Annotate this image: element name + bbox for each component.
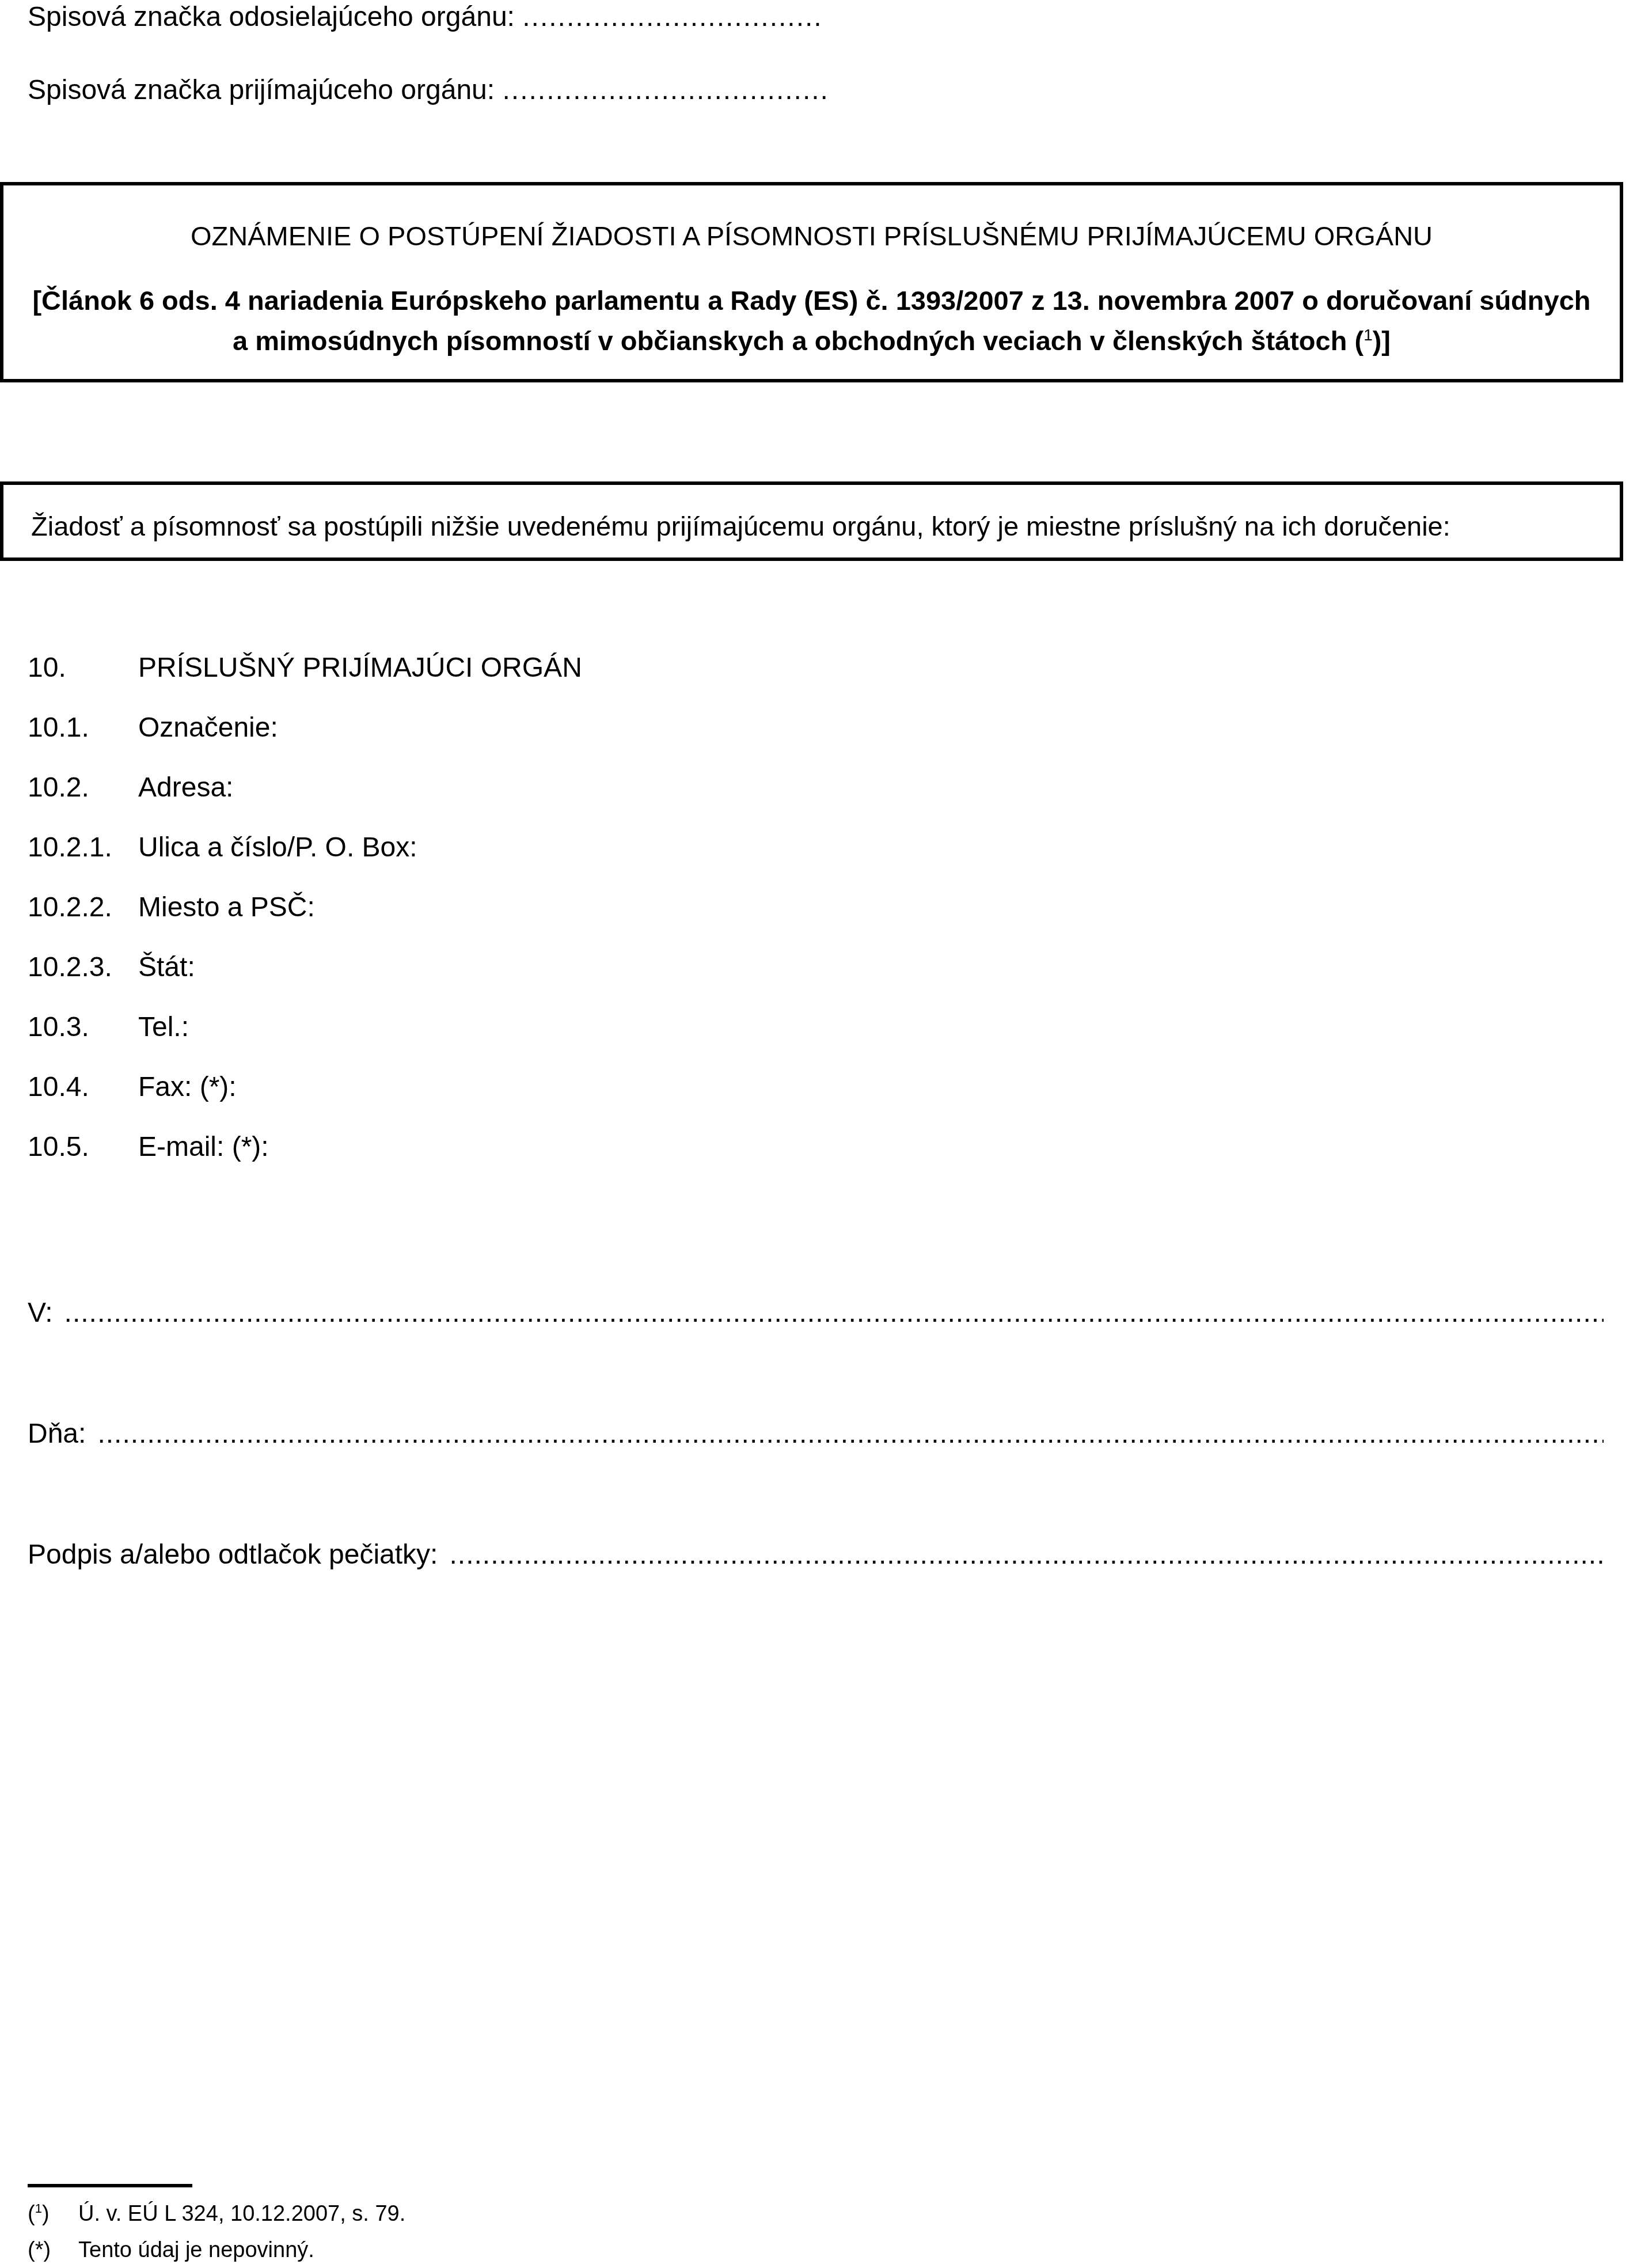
info-box: Žiadosť a písomnosť sa postúpili nižšie …	[0, 481, 1623, 561]
place-label: V:	[28, 1299, 53, 1327]
legal-basis-line-1: [Článok 6 ods. 4 nariadenia Európskeho p…	[3, 283, 1620, 318]
footnote-1-mark: (1)	[28, 2202, 78, 2225]
signature-field[interactable]: ........................................…	[449, 1541, 1604, 1569]
receiver-reference-label: Spisová značka prijímajúceho orgánu:	[28, 75, 495, 105]
footnote-optional-text: Tento údaj je nepovinný.	[78, 2238, 314, 2262]
field-email: 10.5.E-mail: (*):	[28, 1133, 269, 1161]
sender-reference-line: Spisová značka odosielajúceho orgánu: ..…	[28, 3, 823, 31]
field-street: 10.2.1.Ulica a číslo/P. O. Box:	[28, 834, 417, 862]
date-field[interactable]: ........................................…	[97, 1420, 1604, 1448]
receiver-reference-field[interactable]: .....................................	[502, 75, 829, 105]
section-heading: 10.PRÍSLUŠNÝ PRIJÍMAJÚCI ORGÁN	[28, 654, 582, 682]
footnote-reference[interactable]: 1	[1363, 326, 1373, 344]
footnote-1-text: Ú. v. EÚ L 324, 10.12.2007, s. 79.	[78, 2202, 405, 2226]
field-phone: 10.3.Tel.:	[28, 1014, 189, 1041]
field-designation: 10.1.Označenie:	[28, 714, 278, 742]
sender-reference-label: Spisová značka odosielajúceho orgánu:	[28, 2, 515, 32]
legal-basis-line-2: a mimosúdnych písomností v občianskych a…	[3, 318, 1620, 358]
place-field[interactable]: ........................................…	[64, 1299, 1604, 1327]
receiver-reference-line: Spisová značka prijímajúceho orgánu: ...…	[28, 77, 829, 104]
footnote-divider	[28, 2184, 192, 2187]
signature-label: Podpis a/alebo odtlačok pečiatky:	[28, 1541, 438, 1569]
signature-line: Podpis a/alebo odtlačok pečiatky: ......…	[28, 1541, 1604, 1569]
footnote-1: (1)Ú. v. EÚ L 324, 10.12.2007, s. 79.	[28, 2202, 405, 2225]
field-address: 10.2.Adresa:	[28, 774, 233, 802]
date-label: Dňa:	[28, 1420, 86, 1448]
field-fax: 10.4.Fax: (*):	[28, 1074, 237, 1101]
form-title: OZNÁMENIE O POSTÚPENÍ ŽIADOSTI A PÍSOMNO…	[3, 220, 1620, 252]
sender-reference-field[interactable]: ..................................	[522, 2, 822, 32]
field-country: 10.2.3.Štát:	[28, 954, 195, 981]
title-box: OZNÁMENIE O POSTÚPENÍ ŽIADOSTI A PÍSOMNO…	[0, 182, 1623, 382]
date-line: Dňa: ...................................…	[28, 1420, 1604, 1448]
footnote-optional-mark: (*)	[28, 2239, 78, 2261]
footnote-optional: (*)Tento údaj je nepovinný.	[28, 2239, 314, 2261]
info-text: Žiadosť a písomnosť sa postúpili nižšie …	[31, 510, 1450, 542]
place-line: V: .....................................…	[28, 1299, 1604, 1327]
field-city-postcode: 10.2.2.Miesto a PSČ:	[28, 894, 315, 921]
legal-basis: [Článok 6 ods. 4 nariadenia Európskeho p…	[3, 283, 1620, 358]
